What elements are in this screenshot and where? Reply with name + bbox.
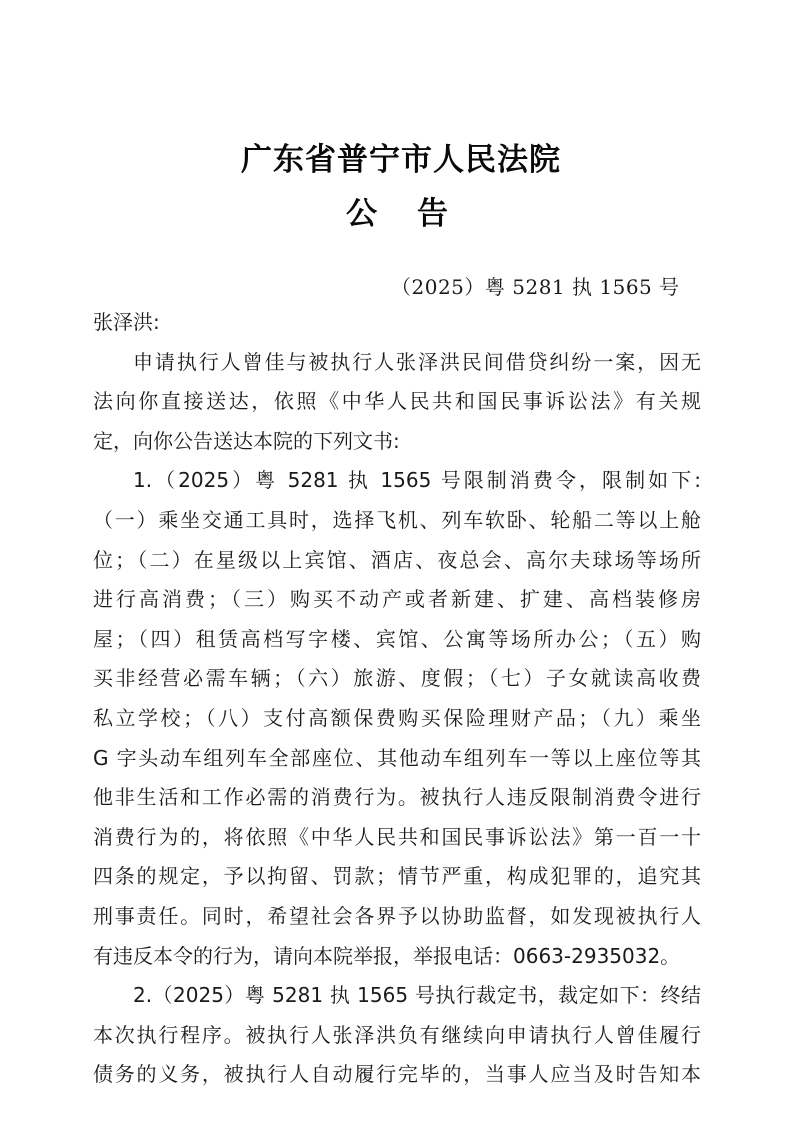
paragraph-line: 刑事责任。同时，希望社会各界予以协助监督，如发现被执行人 [93,897,701,937]
paragraph-line: 1.（2025）粤 5281 执 1565 号限制消费令，限制如下: [93,461,701,501]
paragraph-line: 2.（2025）粤 5281 执 1565 号执行裁定书，裁定如下：终结 [93,976,701,1016]
paragraph-line: 他非生活和工作必需的消费行为。被执行人违反限制消费令进行 [93,778,701,818]
notice-title-char-2: 告 [417,194,448,234]
paragraph-line: 定，向你公告送达本院的下列文书: [93,422,701,462]
paragraph-line: 私立学校；（八）支付高额保费购买保险理财产品；（九）乘坐 [93,699,701,739]
paragraph-line: （一）乘坐交通工具时，选择飞机、列车软卧、轮船二等以上舱 [93,501,701,541]
intro-paragraph: 申请执行人曾佳与被执行人张泽洪民间借贷纠纷一案，因无 法向你直接送达，依照《中华… [93,343,701,462]
paragraph-line: G 字头动车组列车全部座位、其他动车组列车一等以上座位等其 [93,739,701,779]
paragraph-line: 屋；（四）租赁高档写字楼、宾馆、公寓等场所办公；（五）购 [93,620,701,660]
item-2-execution-ruling: 2.（2025）粤 5281 执 1565 号执行裁定书，裁定如下：终结 本次执… [93,976,701,1095]
paragraph-line: 位；（二）在星级以上宾馆、酒店、夜总会、高尔夫球场等场所 [93,541,701,581]
notice-body: 张泽洪: 申请执行人曾佳与被执行人张泽洪民间借贷纠纷一案，因无 法向你直接送达，… [93,303,701,1095]
notice-title: 公告 [0,194,794,234]
item-1-restriction-order: 1.（2025）粤 5281 执 1565 号限制消费令，限制如下: （一）乘坐… [93,461,701,976]
paragraph-line: 买非经营必需车辆；（六）旅游、度假；（七）子女就读高收费 [93,659,701,699]
paragraph-line: 消费行为的，将依照《中华人民共和国民事诉讼法》第一百一十 [93,818,701,858]
addressee: 张泽洪: [93,303,701,343]
paragraph-line: 债务的义务，被执行人自动履行完毕的，当事人应当及时告知本 [93,1055,701,1095]
paragraph-line: 四条的规定，予以拘留、罚款；情节严重，构成犯罪的，追究其 [93,857,701,897]
paragraph-line: 进行高消费；（三）购买不动产或者新建、扩建、高档装修房 [93,580,701,620]
case-number: （2025）粤 5281 执 1565 号 [391,272,680,302]
document-page: 广东省普宁市人民法院 公告 （2025）粤 5281 执 1565 号 张泽洪:… [0,0,794,1122]
paragraph-line: 申请执行人曾佳与被执行人张泽洪民间借贷纠纷一案，因无 [93,343,701,383]
paragraph-line: 有违反本令的行为，请向本院举报，举报电话：0663-2935032。 [93,937,701,977]
paragraph-line: 法向你直接送达，依照《中华人民共和国民事诉讼法》有关规 [93,382,701,422]
paragraph-line: 本次执行程序。被执行人张泽洪负有继续向申请执行人曾佳履行 [93,1016,701,1056]
court-name-heading: 广东省普宁市人民法院 [0,140,794,180]
notice-title-char-1: 公 [346,194,377,234]
